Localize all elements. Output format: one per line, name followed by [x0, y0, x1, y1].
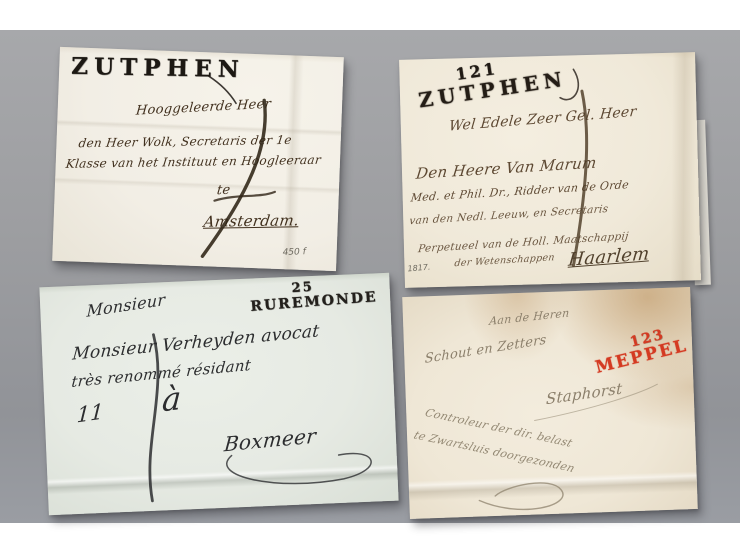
letter-meppel-staphorst: Aan de Heren Schout en Zetters 123 MEPPE…	[402, 287, 698, 519]
address-line: Aan de Heren	[489, 306, 570, 328]
address-line: den Heer Wolk, Secretaris der 1e	[78, 133, 293, 150]
postmark-zutphen: ZUTPHEN	[71, 53, 245, 83]
letter-ruremonde-boxmeer: Monsieur 25 RUREMONDE Monsieur Verheyden…	[39, 273, 398, 515]
address-city: Haarlem	[567, 243, 650, 271]
address-salutation: Wel Edele Zeer Gel. Heer	[448, 104, 637, 135]
address-line: Den Heere Van Marum	[415, 154, 598, 183]
address-line: Med. et Phil. Dr., Ridder van de Orde	[410, 178, 630, 204]
pencil-note: 1817.	[407, 263, 431, 274]
address-city: Boxmeer	[223, 423, 317, 456]
address-line: te	[216, 183, 231, 199]
address-line: Klasse van het Instituut en Hoogleeraar	[65, 153, 322, 171]
pencil-note: 450 f	[282, 247, 306, 258]
address-line: van den Nedl. Leeuw, en Secretaris	[409, 203, 609, 227]
rate-mark: 11	[76, 399, 105, 427]
letter-zutphen-amsterdam: ZUTPHEN Hooggeleerde Heer den Heer Wolk,…	[52, 47, 344, 271]
address-line: Monsieur Verheyden avocat	[72, 321, 321, 365]
address-line: der Wetenschappen	[454, 252, 555, 269]
photo-background: ZUTPHEN Hooggeleerde Heer den Heer Wolk,…	[0, 30, 740, 523]
address-line: à	[161, 379, 183, 420]
address-city: Amsterdam.	[203, 211, 301, 231]
postmark-ruremonde: RUREMONDE	[250, 289, 378, 315]
address-salutation: Hooggeleerde Heer	[135, 97, 271, 119]
address-city: Staphorst	[546, 379, 623, 408]
address-salutation: Monsieur	[86, 290, 165, 321]
address-line: Schout en Zetters	[425, 332, 547, 366]
letter-zutphen-haarlem: 121 ZUTPHEN Wel Edele Zeer Gel. Heer Den…	[399, 52, 701, 288]
